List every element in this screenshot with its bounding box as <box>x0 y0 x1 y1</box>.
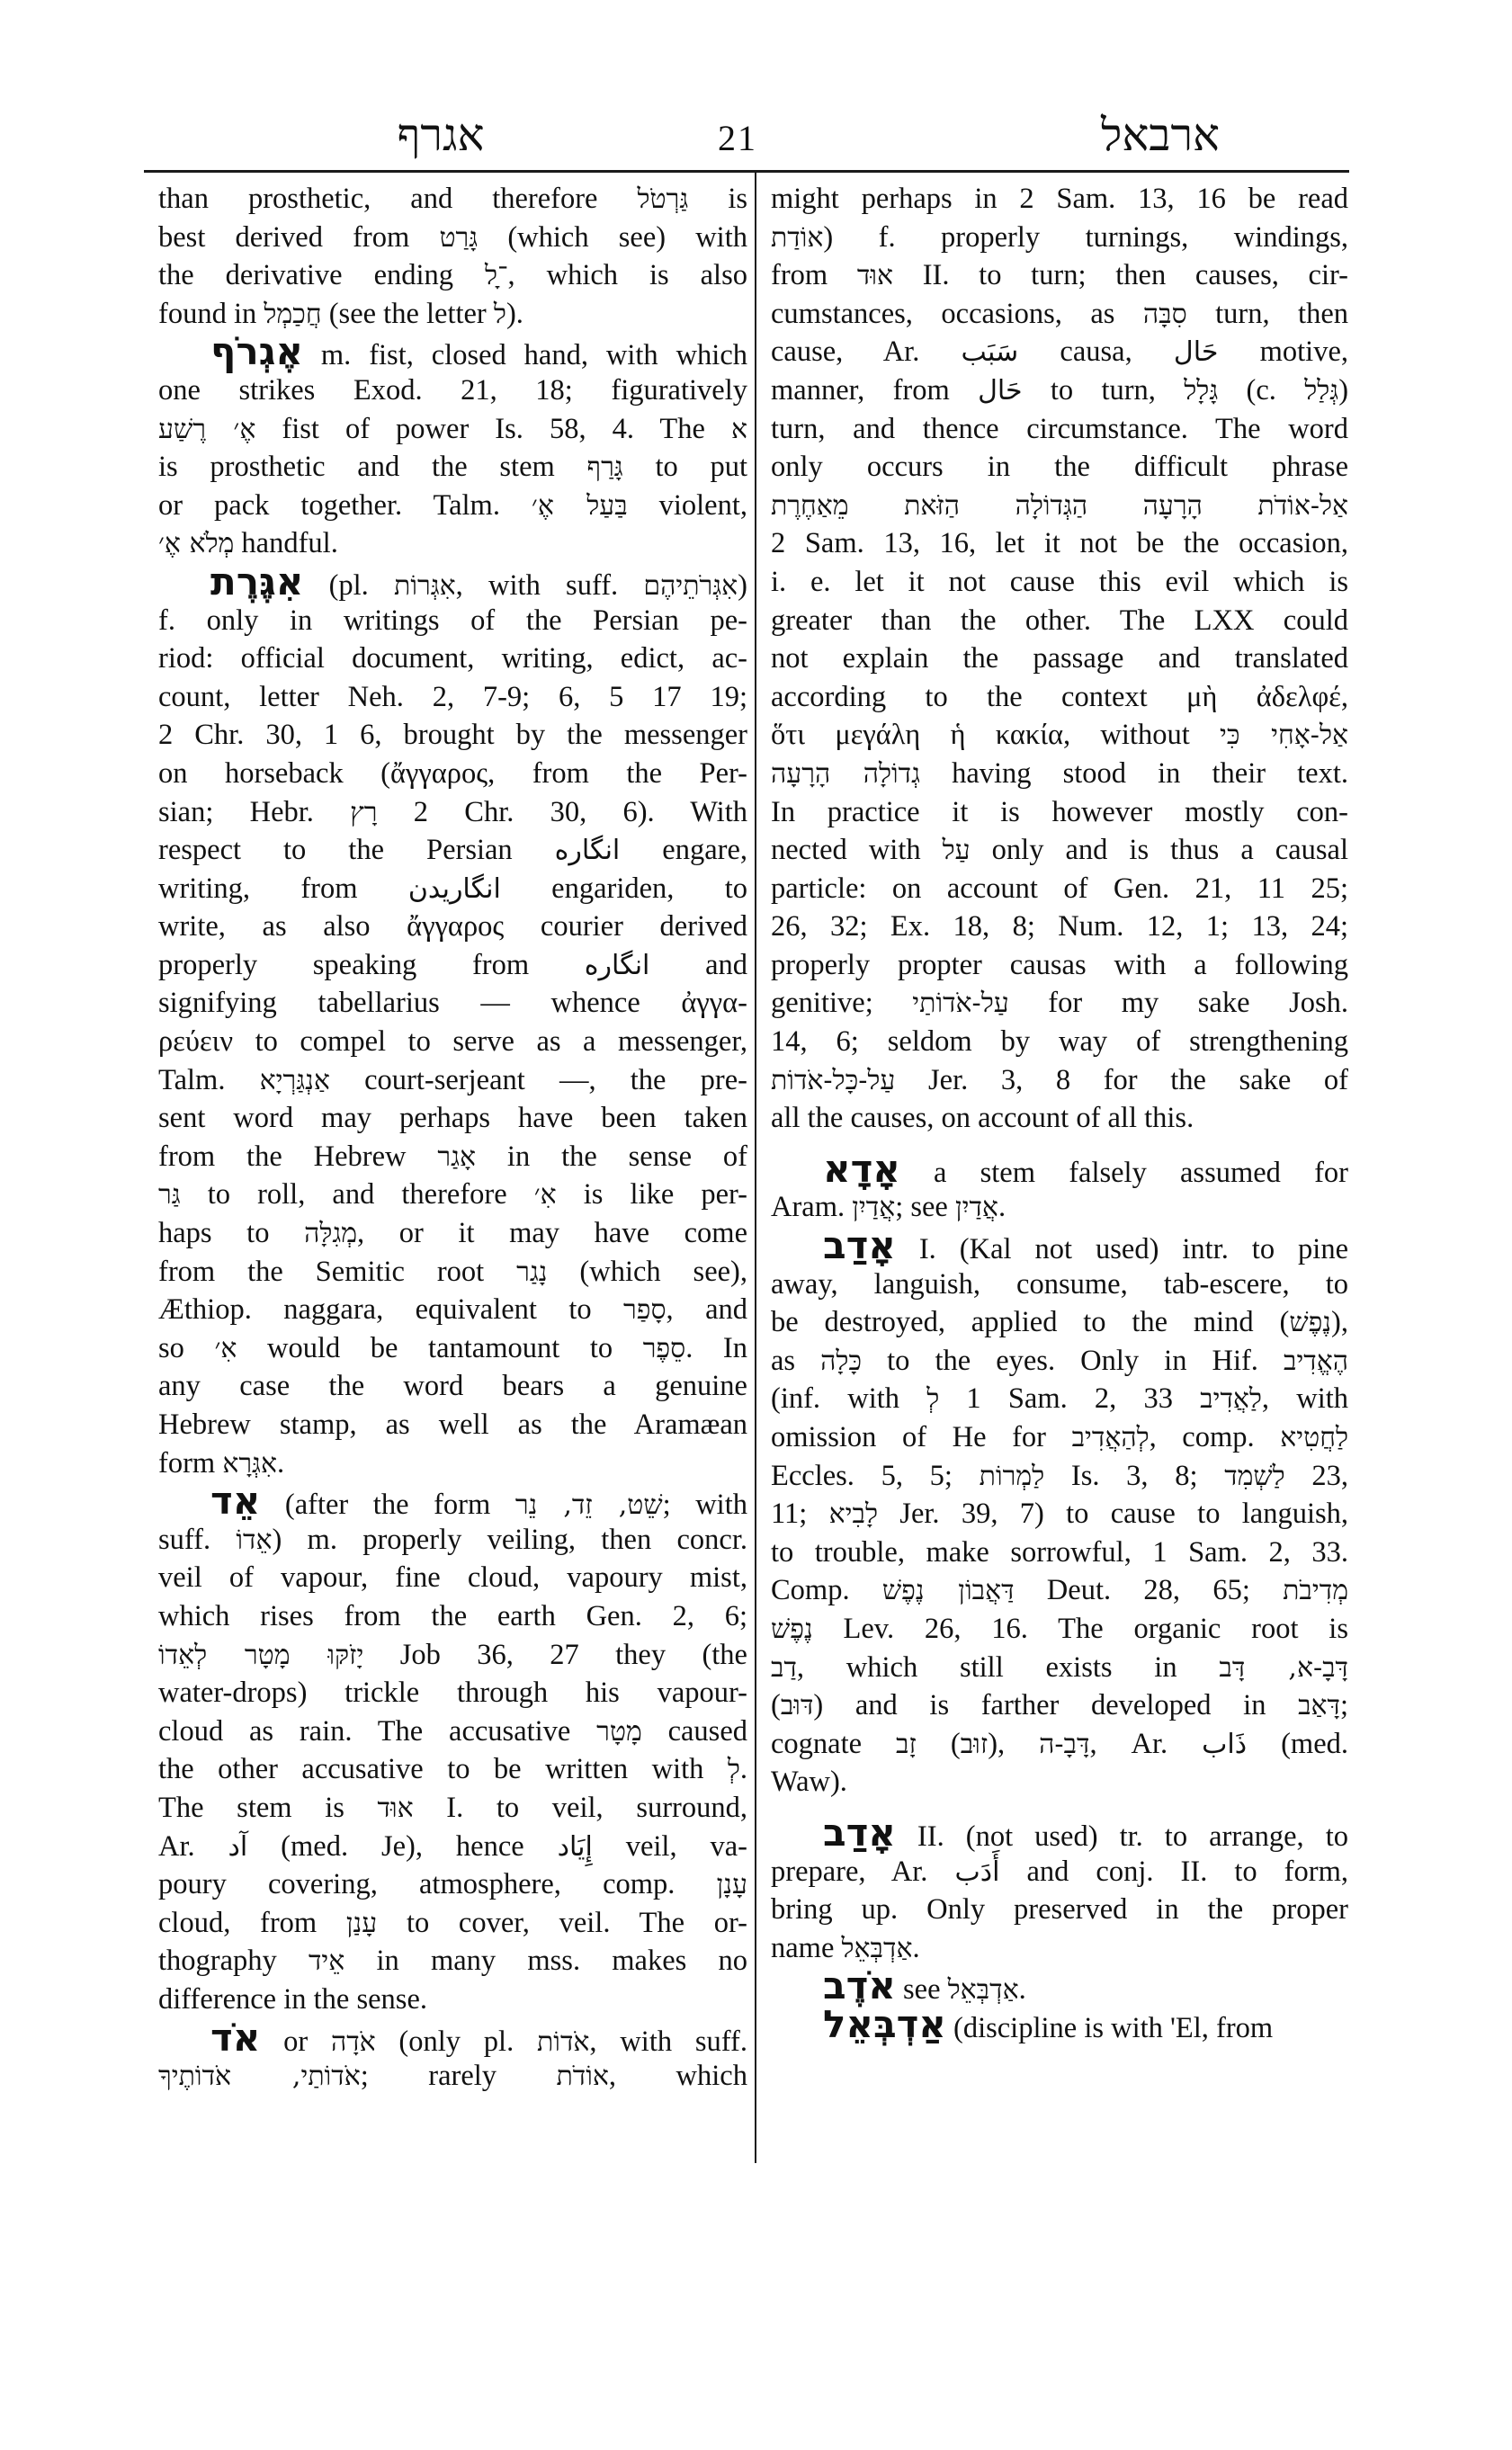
hebrew-word: אִ׳ <box>534 1179 557 1211</box>
arabic-word: آد <box>228 1831 248 1863</box>
hebrew-word: דָּבָ-ה <box>1039 1729 1089 1760</box>
hebrew-word: אַדְבְּאֵל <box>842 1933 913 1964</box>
hebrew-word: עַל-אֹדוֹתַי <box>912 988 1008 1019</box>
hebrew-word: זָב <box>896 1729 917 1760</box>
hebrew-word: יָזֹקּוּ מָטָר לְאֵדוֹ <box>158 1640 363 1671</box>
text-line: cloud as rain. The accusative מָטָר caus… <box>158 1712 747 1751</box>
hebrew-word: אַדְבְּאֵל <box>948 1974 1019 2006</box>
hebrew-word: אָגַר <box>437 1141 476 1173</box>
hebrew-word: דַּאֲבוֹן נֶפֶשׁ <box>882 1575 1015 1606</box>
text-line: גַּר to roll, and therefore אִ׳ is like … <box>158 1176 747 1214</box>
text-line: עַל-כָּל-אֹדוֹת Jer. 3, 8 for the sake o… <box>771 1061 1348 1100</box>
hebrew-word: חֲכַמְל <box>264 299 321 330</box>
entry-headline: אָדַב I. (Kal not used) intr. to pine <box>771 1227 1348 1265</box>
text-line: In practice it is however mostly con- <box>771 793 1348 832</box>
hebrew-word: עָנַן <box>346 1908 377 1939</box>
hebrew-word: אִ׳ <box>214 1333 237 1364</box>
text-line: 14, 6; seldom by way of strengthening <box>771 1023 1348 1061</box>
text-line: best derived from גָּרַט (which see) wit… <box>158 219 747 257</box>
text-line: Eccles. 5, 5; לַמְרוֹת Is. 3, 8; לַשְׁמִ… <box>771 1457 1348 1496</box>
hebrew-word: אֵדוֹ <box>236 1525 272 1556</box>
hebrew-word: אַנְגַּרְיָא <box>260 1065 330 1096</box>
hebrew-word: גָּלָל <box>1184 375 1218 407</box>
text-line: f. only in writings of the Persian pe- <box>158 602 747 640</box>
hebrew-word: לְ <box>728 1754 740 1785</box>
running-head: אגרף 21 ארבאל <box>144 106 1349 164</box>
headword: אֹד <box>210 2016 260 2060</box>
hebrew-word: אִגְּרוֹת <box>394 570 456 602</box>
hebrew-word: לַאֲדִיב <box>1200 1383 1262 1415</box>
hebrew-word: מָטָר <box>596 1716 642 1748</box>
hebrew-word: לְהַאֲדִיב <box>1072 1422 1150 1453</box>
hebrew-word: עַל <box>943 835 971 866</box>
text-line: i. e. let it not cause this evil which i… <box>771 563 1348 602</box>
text-line: the other accusative to be written with … <box>158 1750 747 1789</box>
text-line: genitive; עַל-אֹדוֹתַי for my sake Josh. <box>771 984 1348 1023</box>
text-line: all the causes, on account of all this. <box>771 1099 1348 1138</box>
hebrew-word: מְלֹא אֶ׳ <box>158 528 234 559</box>
text-line: אַל-אוֹדֹת הָרָעָה הַגְּדוֹלָה הַזֹּאת מ… <box>771 487 1348 525</box>
text-line: (דּוּב) and is farther developed in דָּא… <box>771 1686 1348 1725</box>
text-line: is prosthetic and the stem גָּרַף to put <box>158 448 747 487</box>
text-line: Ar. آد (med. Je), hence إِيَاد veil, va- <box>158 1828 747 1866</box>
hebrew-word: נֶפֶשׁ <box>771 1614 813 1645</box>
hebrew-word: אִגְּרֹתֵיהֶם <box>643 570 738 602</box>
hebrew-word: כָּלָה <box>820 1346 862 1377</box>
arabic-word: سَبَب <box>962 336 1019 368</box>
arabic-word: انگاره <box>555 835 621 866</box>
text-line: גְדוֹלָה הָרָעָה having stood in their t… <box>771 755 1348 793</box>
hebrew-word: אוּד <box>857 260 893 291</box>
text-line: veil of vapour, fine cloud, vapoury mist… <box>158 1559 747 1597</box>
text-line: signifying tabellarius — whence ἀγγα- <box>158 984 747 1023</box>
text-line: name אַדְבְּאֵל. <box>771 1929 1348 1968</box>
arabic-word: انگاره <box>585 950 650 981</box>
text-line: than prosthetic, and therefore גַּרְטֹל … <box>158 180 747 219</box>
text-line: 2 Chr. 30, 1 6, brought by the messenger <box>158 716 747 755</box>
text-line: particle: on account of Gen. 21, 11 25; <box>771 870 1348 908</box>
text-line: Aram. אֲדַיִן; see אֲדַיִן. <box>771 1188 1348 1227</box>
text-line: only occurs in the difficult phrase <box>771 448 1348 487</box>
text-line: 11; לָבִיא Jer. 39, 7) to cause to langu… <box>771 1495 1348 1533</box>
text-line: suff. אֵדוֹ) m. properly veiling, then c… <box>158 1521 747 1560</box>
text-line: אֹדוֹתַי, אֹדוֹתֶיךָ; rarely אוֹדֹת, whi… <box>158 2057 747 2096</box>
text-line: omission of He for לְהַאֲדִיב, comp. לַח… <box>771 1418 1348 1457</box>
text-line: מְלֹא אֶ׳ handful. <box>158 524 747 563</box>
hebrew-word: בַּעַל אֶ׳ <box>532 490 628 522</box>
hebrew-word: לַמְרוֹת <box>980 1461 1045 1492</box>
entry-headline: אֹד or אֹדָה (only pl. אֹדוֹת, with suff… <box>158 2019 747 2058</box>
hebrew-word: לַחֲטִיא <box>1280 1422 1348 1453</box>
text-line: difference in the sense. <box>158 1981 747 2019</box>
text-line: write, as also ἄγγαρος courier derived <box>158 908 747 946</box>
hebrew-word: אוֹדַת <box>771 222 823 254</box>
right-column: might perhaps in 2 Sam. 13, 16 be readאו… <box>771 180 1348 2044</box>
hebrew-word: לַשְׁמִד <box>1224 1461 1285 1492</box>
text-line: דַב, which still exists in דָּבָ-א, דָּב <box>771 1649 1348 1687</box>
text-line: Comp. דַּאֲבוֹן נֶפֶשׁ Deut. 28, 65; מְד… <box>771 1571 1348 1610</box>
text-line: haps to מְגִלָּה, or it may have come <box>158 1214 747 1253</box>
headword: אַדְבְּאֵל <box>823 2002 946 2046</box>
entry-headline: אֶגְרֹף m. fist, closed hand, with which <box>158 333 747 371</box>
text-line: manner, from حَال to turn, גָּלָל (c. גְ… <box>771 371 1348 410</box>
text-line: יָזֹקּוּ מָטָר לְאֵדוֹ Job 36, 27 they (… <box>158 1636 747 1675</box>
headword: אֶגְרֹף <box>210 329 303 373</box>
hebrew-word: גָּרַף <box>587 452 623 483</box>
hebrew-word: דּוּב <box>781 1690 814 1721</box>
hebrew-word: אַל-אוֹדֹת הָרָעָה הַגְּדוֹלָה הַזֹּאת מ… <box>771 490 1348 522</box>
text-line: 26, 32; Ex. 18, 8; Num. 12, 1; 13, 24; <box>771 908 1348 946</box>
arabic-word: ذَاب <box>1202 1729 1247 1760</box>
hebrew-word: אֶ׳ רֶשַׁע <box>158 414 255 445</box>
hebrew-word: גְדוֹלָה הָרָעָה <box>771 758 920 790</box>
hebrew-word: לְ <box>926 1383 939 1415</box>
arabic-word: انگاريدن <box>408 873 501 905</box>
text-line: sent word may perhaps have been taken <box>158 1099 747 1138</box>
header-rule <box>144 170 1349 173</box>
hebrew-word: אוּד <box>378 1793 414 1824</box>
entry-headline: אִגֶּרֶת (pl. אִגְּרוֹת, with suff. אִגְ… <box>158 563 747 602</box>
text-line: properly speaking from انگاره and <box>158 946 747 985</box>
entry-headline: אַדְבְּאֵל (discipline is with 'El, from <box>771 2006 1348 2044</box>
hebrew-word: גַּרְטֹל <box>638 183 689 215</box>
hebrew-word: מְגִלָּה <box>304 1218 357 1249</box>
text-line: (inf. with לְ 1 Sam. 2, 33 לַאֲדִיב, wit… <box>771 1380 1348 1418</box>
arabic-word: حَال <box>1174 336 1218 368</box>
hebrew-word: מְדִיבֹת <box>1283 1575 1348 1606</box>
text-line: thography אֵיד in many mss. makes no <box>158 1942 747 1981</box>
entry-headline: אֹדֶב see אַדְבְּאֵל. <box>771 1967 1348 2006</box>
text-line: bring up. Only preserved in the proper <box>771 1891 1348 1929</box>
text-line: so אִ׳ would be tantamount to סֵפֶר. In <box>158 1329 747 1368</box>
hebrew-word: סָפַר <box>623 1294 667 1326</box>
arabic-word: أَدَب <box>954 1856 999 1888</box>
entry-headline: אֵד (after the form שֵׁט, זֵד, נֵר; with <box>158 1482 747 1521</box>
text-line: to trouble, make sorrowful, 1 Sam. 2, 33… <box>771 1533 1348 1572</box>
text-line: respect to the Persian انگاره engare, <box>158 831 747 870</box>
hebrew-word: אֵיד <box>309 1945 344 1977</box>
hebrew-word: גְּלַל <box>1304 375 1338 407</box>
text-line: on horseback (ἄγγαρος, from the Per- <box>158 755 747 793</box>
column-divider <box>755 171 756 2163</box>
hebrew-word: לָבִיא <box>829 1498 878 1530</box>
text-line: which rises from the earth Gen. 2, 6; <box>158 1597 747 1636</box>
hebrew-word: דַב <box>771 1652 797 1684</box>
text-line: poury covering, atmosphere, comp. עָנָן <box>158 1865 747 1904</box>
text-line: found in חֲכַמְל (see the letter ל). <box>158 295 747 334</box>
text-line: turn, and thence circumstance. The word <box>771 410 1348 449</box>
hebrew-word: גָּרַט <box>439 222 478 254</box>
hebrew-word: אֲדַיִן <box>955 1192 998 1223</box>
text-line: nected with עַל only and is thus a causa… <box>771 831 1348 870</box>
text-line: according to the context μὴ ἀδελφέ, <box>771 678 1348 717</box>
text-line: or pack together. Talm. בַּעַל אֶ׳ viole… <box>158 487 747 525</box>
entry-headline: אָדַב II. (not used) tr. to arrange, to <box>771 1814 1348 1853</box>
headword: אָדָא <box>823 1147 900 1191</box>
hebrew-word: רָץ <box>350 797 377 828</box>
hebrew-word: גַּר <box>158 1179 181 1211</box>
text-line: cloud, from עָנַן to cover, veil. The or… <box>158 1904 747 1943</box>
text-line: properly propter causas with a following <box>771 946 1348 985</box>
text-line: any case the word bears a genuine <box>158 1367 747 1406</box>
text-line: as כָּלָה to the eyes. Only in Hif. הֶאֱ… <box>771 1342 1348 1381</box>
hebrew-word: אִגְּרָא <box>222 1448 277 1480</box>
text-line: Hebrew stamp, as well as the Aramæan <box>158 1406 747 1444</box>
hebrew-word: ל <box>494 299 506 330</box>
text-line: writing, from انگاريدن engariden, to <box>158 870 747 908</box>
text-line: from the Semitic root נָגַר (which see), <box>158 1253 747 1292</box>
hebrew-word: זוּב <box>961 1729 989 1760</box>
headword: אֵד <box>210 1479 260 1523</box>
text-line: ὅτι μεγάλη ἡ κακία, without אַל-אָחִי כִ… <box>771 716 1348 755</box>
headword: אָדַב <box>823 1223 896 1267</box>
hebrew-word: נֶפֶשׁ <box>1289 1307 1331 1338</box>
headword: אָדַב <box>823 1811 896 1855</box>
hebrew-word: דָּבָ-א, דָּב <box>1219 1652 1348 1684</box>
right-catchword: ארבאל <box>1043 106 1277 164</box>
hebrew-word: סִבָּה <box>1143 299 1187 330</box>
hebrew-word: אַל-אָחִי כִּי <box>1220 720 1348 751</box>
headword: אִגֶּרֶת <box>210 559 303 604</box>
text-line: be destroyed, applied to the mind (נֶפֶש… <box>771 1303 1348 1342</box>
hebrew-word: אֹדוֹת <box>537 2026 589 2058</box>
text-line: one strikes Exod. 21, 18; figuratively <box>158 371 747 410</box>
left-catchword: אגרף <box>351 106 531 164</box>
text-line: אוֹדַת) f. properly turnings, windings, <box>771 219 1348 257</box>
text-line: sian; Hebr. רָץ 2 Chr. 30, 6). With <box>158 793 747 832</box>
text-line: riod: official document, writing, edict,… <box>158 639 747 678</box>
text-line: from אוּד II. to turn; then causes, cir- <box>771 256 1348 295</box>
text-line: Talm. אַנְגַּרְיָא court-serjeant —, the… <box>158 1061 747 1100</box>
hebrew-word: אוֹדֹת <box>557 2061 609 2092</box>
hebrew-word: אֹדוֹתַי, אֹדוֹתֶיךָ <box>158 2061 361 2092</box>
text-line: away, languish, consume, tab-escere, to <box>771 1265 1348 1304</box>
text-line: ρεύειν to compel to serve as a messenger… <box>158 1023 747 1061</box>
text-line: נֶפֶשׁ Lev. 26, 16. The organic root is <box>771 1610 1348 1649</box>
text-line: form אִגְּרָא. <box>158 1444 747 1483</box>
text-line: אֶ׳ רֶשַׁע fist of power Is. 58, 4. The … <box>158 410 747 449</box>
text-line: Æthiop. naggara, equivalent to סָפַר, an… <box>158 1291 747 1329</box>
left-column: than prosthetic, and therefore גַּרְטֹל … <box>158 180 747 2096</box>
page-number: 21 <box>702 113 774 164</box>
text-line: from the Hebrew אָגַר in the sense of <box>158 1138 747 1176</box>
text-line: count, letter Neh. 2, 7-9; 6, 5 17 19; <box>158 678 747 717</box>
hebrew-word: נָגַר <box>516 1256 547 1288</box>
hebrew-word: הֶאֱדִיב <box>1284 1346 1348 1377</box>
text-line: 2 Sam. 13, 16, let it not be the occasio… <box>771 524 1348 563</box>
hebrew-word: סֵפֶר <box>643 1333 686 1364</box>
text-line: water-drops) trickle through his vapour- <box>158 1674 747 1712</box>
text-line: greater than the other. The LXX could <box>771 602 1348 640</box>
text-line: the derivative ending ־ָל, which is also <box>158 256 747 295</box>
text-line: cumstances, occasions, as סִבָּה turn, t… <box>771 295 1348 334</box>
text-line: not explain the passage and translated <box>771 639 1348 678</box>
text-line: cognate זָב (זוּב), דָּבָ-ה, Ar. ذَاب (m… <box>771 1725 1348 1764</box>
text-line: Waw). <box>771 1763 1348 1802</box>
hebrew-word: שֵׁט, זֵד, נֵר <box>515 1489 663 1521</box>
text-line: cause, Ar. سَبَب causa, حَال motive, <box>771 333 1348 371</box>
text-line: might perhaps in 2 Sam. 13, 16 be read <box>771 180 1348 219</box>
arabic-word: إِيَاد <box>558 1831 593 1863</box>
hebrew-word: ־ָל <box>485 260 508 291</box>
hebrew-word: א <box>731 414 747 445</box>
hebrew-word: אֲדַיִן <box>852 1192 895 1223</box>
text-line: prepare, Ar. أَدَب and conj. II. to form… <box>771 1853 1348 1891</box>
hebrew-word: עַל-כָּל-אֹדוֹת <box>771 1065 895 1096</box>
entry-headline: אָדָא a stem falsely assumed for <box>771 1150 1348 1189</box>
arabic-word: حَال <box>978 375 1022 407</box>
hebrew-word: דָּאַב <box>1298 1690 1340 1721</box>
hebrew-word: אֹדָה <box>331 2026 376 2058</box>
text-line: The stem is אוּד I. to veil, surround, <box>158 1789 747 1828</box>
hebrew-word: עָנָן <box>717 1869 747 1900</box>
